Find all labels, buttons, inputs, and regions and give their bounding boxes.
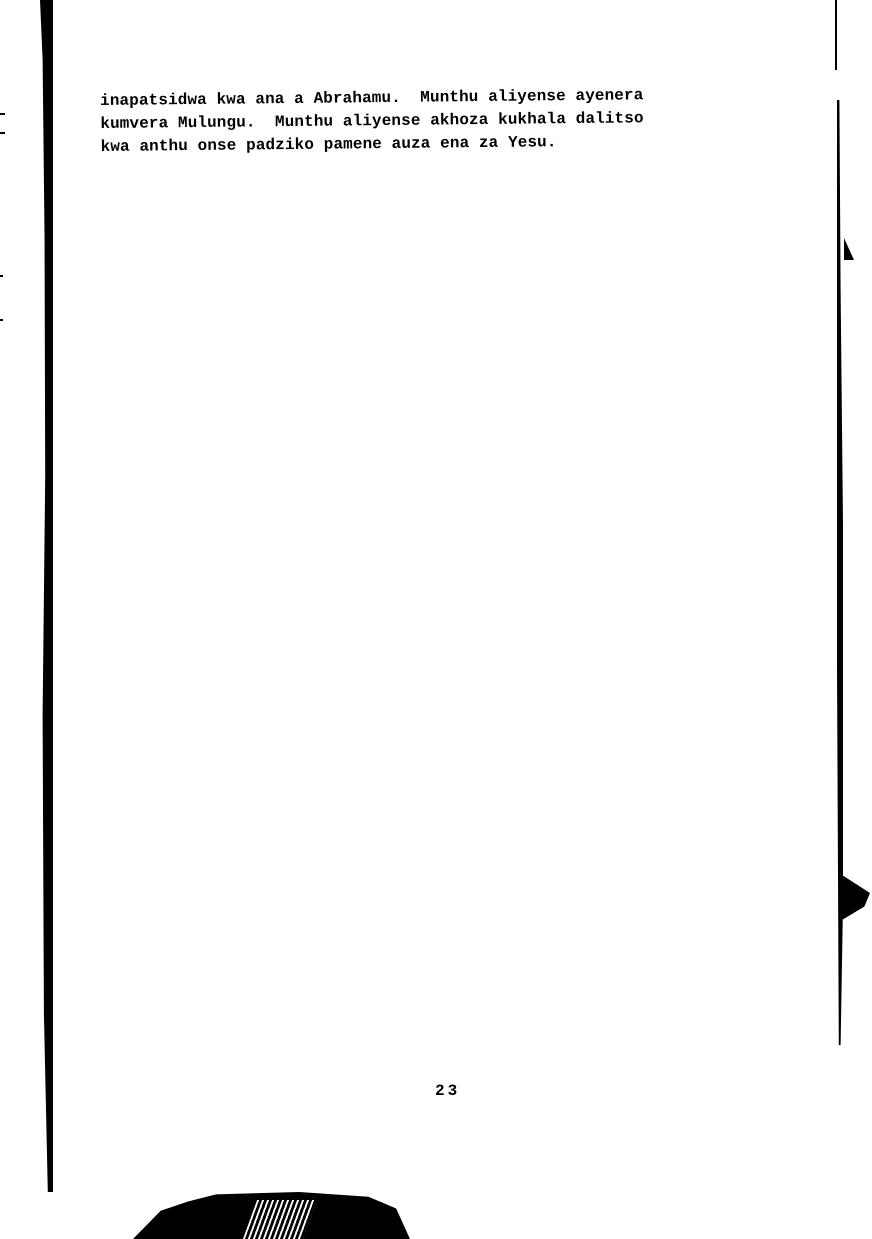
scan-artifact xyxy=(844,238,854,260)
scan-right-edge-line xyxy=(835,0,837,70)
page-number: 23 xyxy=(435,1082,460,1100)
scan-mark xyxy=(0,132,5,134)
scan-mark xyxy=(0,275,3,277)
body-paragraph: inapatsidwa kwa ana a Abrahamu. Munthu a… xyxy=(100,84,721,159)
scan-artifact xyxy=(842,875,870,920)
scan-mark xyxy=(0,113,5,115)
scan-mark xyxy=(0,319,3,321)
scan-left-binding-edge xyxy=(40,0,53,1192)
